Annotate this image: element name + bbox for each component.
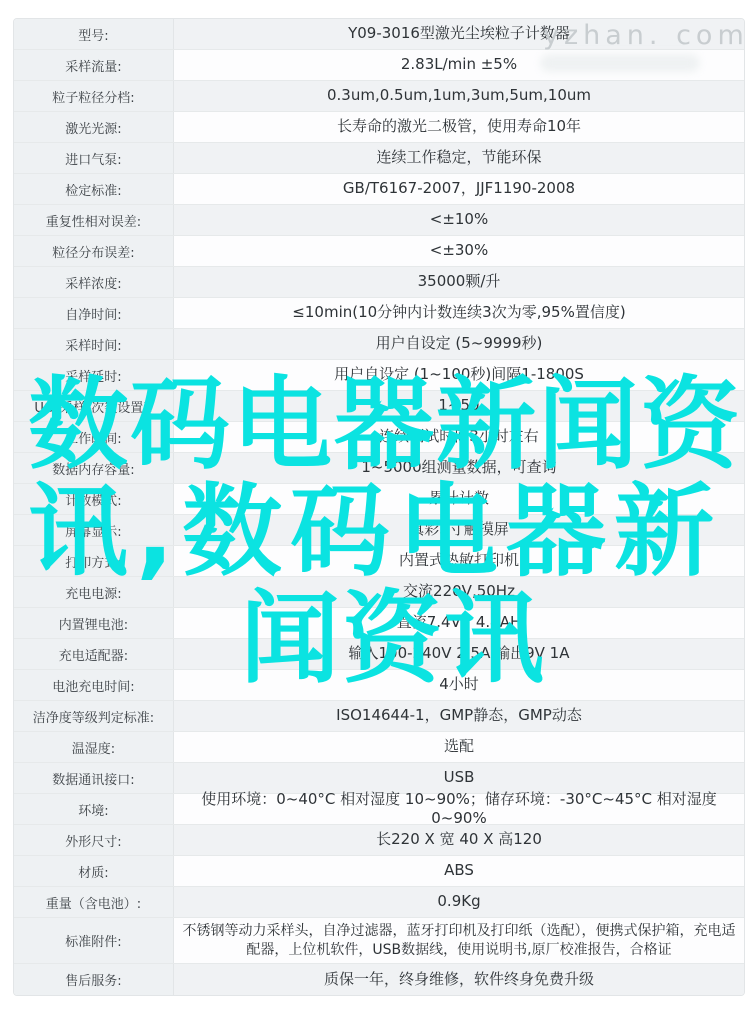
spec-label: 激光光源: <box>14 112 174 142</box>
big-watermark-line-2: 讯,数码电器新 <box>28 482 722 582</box>
spec-label: 充电适配器: <box>14 639 174 669</box>
table-row: 温湿度: 选配 <box>14 732 744 763</box>
table-row: 售后服务: 质保一年，终身维修，软件终身免费升级 <box>14 964 744 995</box>
table-row: 外形尺寸: 长220 X 宽 40 X 高120 <box>14 825 744 856</box>
spec-label: 重复性相对误差: <box>14 205 174 235</box>
spec-value: 35000颗/升 <box>174 267 744 297</box>
spec-value: GB/T6167-2007，JJF1190-2008 <box>174 174 744 204</box>
watermark-smudge <box>540 54 700 72</box>
table-row: 采样时间: 用户自设定 (5~9999秒) <box>14 329 744 360</box>
table-row: 环境: 使用环境：0~40°C 相对湿度 10~90%；储存环境：-30°C~4… <box>14 794 744 825</box>
table-row: 激光光源: 长寿命的激光二极管，使用寿命10年 <box>14 112 744 143</box>
spec-label: 数据通讯接口: <box>14 763 174 793</box>
spec-label: 粒子粒径分档: <box>14 81 174 111</box>
table-row: 粒子粒径分档: 0.3um,0.5um,1um,3um,5um,10um <box>14 81 744 112</box>
spec-label: 重量（含电池）: <box>14 887 174 917</box>
spec-label: 材质: <box>14 856 174 886</box>
spec-label: 洁净度等级判定标准: <box>14 701 174 731</box>
spec-label: 采样流量: <box>14 50 174 80</box>
spec-label: 进口气泵: <box>14 143 174 173</box>
page: 型号: Y09-3016型激光尘埃粒子计数器 采样流量: 2.83L/min ±… <box>0 0 750 1017</box>
spec-label: 外形尺寸: <box>14 825 174 855</box>
table-row: 进口气泵: 连续工作稳定，节能环保 <box>14 143 744 174</box>
spec-label: 温湿度: <box>14 732 174 762</box>
spec-label: 采样时间: <box>14 329 174 359</box>
spec-value: 用户自设定 (5~9999秒) <box>174 329 744 359</box>
spec-value: 使用环境：0~40°C 相对湿度 10~90%；储存环境：-30°C~45°C … <box>174 794 744 824</box>
spec-value: ISO14644-1，GMP静态，GMP动态 <box>174 701 744 731</box>
table-row: 重复性相对误差: <±10% <box>14 205 744 236</box>
spec-label: 标准附件: <box>14 918 174 963</box>
spec-value: 质保一年，终身维修，软件终身免费升级 <box>174 964 744 995</box>
table-row: 检定标准: GB/T6167-2007，JJF1190-2008 <box>14 174 744 205</box>
spec-label: 型号: <box>14 19 174 49</box>
spec-value: 不锈钢等动力采样头，自净过滤器，蓝牙打印机及打印纸（选配），便携式保护箱，充电适… <box>174 918 744 963</box>
spec-label: 环境: <box>14 794 174 824</box>
spec-value: <±30% <box>174 236 744 266</box>
spec-value: <±10% <box>174 205 744 235</box>
spec-label: 自净时间: <box>14 298 174 328</box>
spec-label: 售后服务: <box>14 964 174 995</box>
table-row: 洁净度等级判定标准: ISO14644-1，GMP静态，GMP动态 <box>14 701 744 732</box>
spec-value: 连续工作稳定，节能环保 <box>174 143 744 173</box>
table-row: 标准附件: 不锈钢等动力采样头，自净过滤器，蓝牙打印机及打印纸（选配），便携式保… <box>14 918 744 964</box>
table-row: 材质: ABS <box>14 856 744 887</box>
site-watermark: yzhan. com <box>543 20 749 51</box>
spec-value: 0.9Kg <box>174 887 744 917</box>
table-row: 采样浓度: 35000颗/升 <box>14 267 744 298</box>
table-row: 自净时间: ≤10min(10分钟内计数连续3次为零,95%置信度) <box>14 298 744 329</box>
big-watermark-line-1: 数码电器新闻资 <box>28 375 742 475</box>
spec-label: 内置锂电池: <box>14 608 174 638</box>
spec-value: ≤10min(10分钟内计数连续3次为零,95%置信度) <box>174 298 744 328</box>
spec-label: 电池充电时间: <box>14 670 174 700</box>
spec-value: 长寿命的激光二极管，使用寿命10年 <box>174 112 744 142</box>
spec-value: 0.3um,0.5um,1um,3um,5um,10um <box>174 81 744 111</box>
spec-label: 粒径分布误差: <box>14 236 174 266</box>
spec-value: 长220 X 宽 40 X 高120 <box>174 825 744 855</box>
table-row: 粒径分布误差: <±30% <box>14 236 744 267</box>
table-row: 重量（含电池）: 0.9Kg <box>14 887 744 918</box>
spec-value: ABS <box>174 856 744 886</box>
big-watermark-line-3: 闻资讯 <box>240 589 546 689</box>
spec-value: USB <box>174 763 744 793</box>
spec-label: 检定标准: <box>14 174 174 204</box>
spec-label: 采样浓度: <box>14 267 174 297</box>
spec-value: 选配 <box>174 732 744 762</box>
